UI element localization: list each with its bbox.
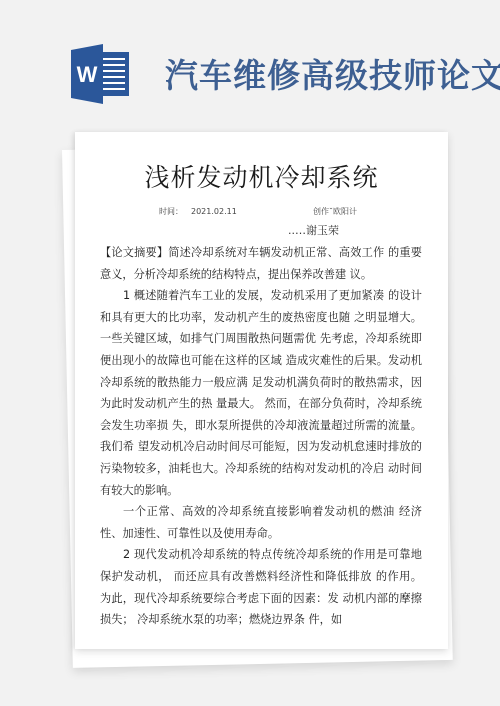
abstract-paragraph: 【论文摘要】简述冷却系统对车辆发动机正常、高效工作 的重要意义，分析冷却系统的结… — [100, 242, 422, 285]
document-date: 时间：2021.02.11 — [159, 206, 237, 217]
document-body: 【论文摘要】简述冷却系统对车辆发动机正常、高效工作 的重要意义，分析冷却系统的结… — [100, 242, 422, 631]
document-byline: ..…谢玉荣 — [288, 222, 339, 238]
body-paragraph: 2 现代发动机冷却系统的特点传统冷却系统的作用是可靠地保护发动机， 而还应具有改… — [100, 544, 422, 630]
date-label: 时间： — [159, 207, 183, 216]
svg-text:W: W — [77, 62, 98, 87]
document-page: 浅析发动机冷却系统 时间：2021.02.11 创作˘欧阳计 ..…谢玉荣 【论… — [75, 132, 448, 649]
document-creator: 创作˘欧阳计 — [313, 206, 357, 217]
banner: W 汽车维修高级技师论文 — [0, 0, 500, 120]
body-paragraph: 一个正常、高效的冷却系统直接影响着发动机的燃油 经济性、加速性、可靠性以及使用寿… — [100, 501, 422, 544]
document-title: 浅析发动机冷却系统 — [75, 158, 448, 194]
date-value: 2021.02.11 — [191, 207, 237, 216]
banner-title: 汽车维修高级技师论文 — [165, 50, 500, 97]
body-paragraph: 1 概述随着汽车工业的发展，发动机采用了更加紧凑 的设计和具有更大的比功率，发动… — [100, 285, 422, 501]
word-icon: W — [69, 44, 133, 104]
